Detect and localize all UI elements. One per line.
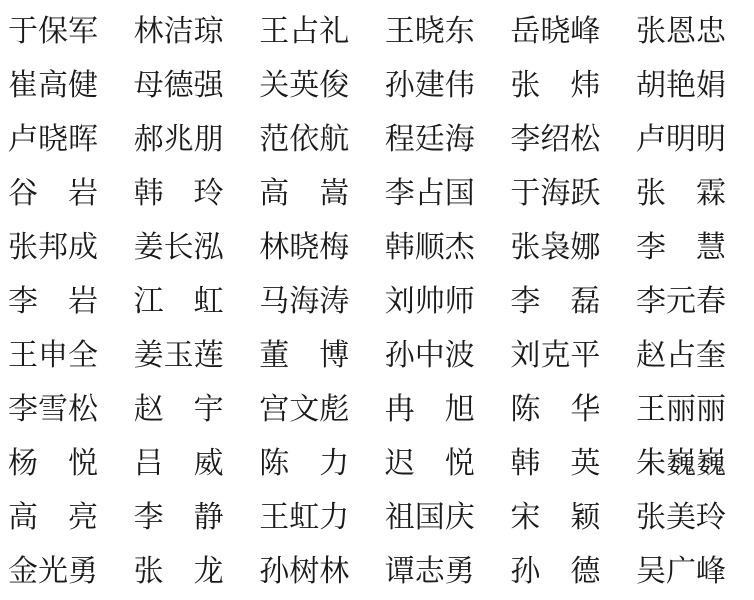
name-character: 邦: [38, 233, 68, 263]
name-cell: 孙建伟: [385, 71, 475, 101]
name-character: 礼: [319, 17, 349, 47]
name-character: 袅: [540, 233, 570, 263]
name-character: 张: [8, 233, 38, 263]
name-character: 恩: [666, 17, 696, 47]
name-character: 高: [38, 71, 68, 101]
name-character: 勇: [445, 557, 475, 587]
name-character: 龙: [194, 557, 224, 587]
name-character: 朋: [194, 125, 224, 155]
name-cell: 赵占奎: [636, 341, 726, 371]
name-cell: 母德强: [134, 71, 224, 101]
name-character: 志: [415, 557, 445, 587]
name-character: 广: [666, 557, 696, 587]
name-character: 李: [636, 287, 666, 317]
name-character: 艳: [666, 71, 696, 101]
name-character: 庆: [445, 503, 475, 533]
name-cell: 李岩: [8, 287, 98, 317]
name-character: 力: [319, 449, 349, 479]
name-character: 于: [510, 179, 540, 209]
name-character: 张: [134, 557, 164, 587]
name-cell: 王申全: [8, 341, 98, 371]
name-cell: 李雪松: [8, 395, 98, 425]
name-character: 晓: [540, 17, 570, 47]
name-character: 春: [696, 287, 726, 317]
name-character: 静: [194, 503, 224, 533]
name-cell: 王虹力: [259, 503, 349, 533]
name-character: 健: [68, 71, 98, 101]
name-cell: 祖国庆: [385, 503, 475, 533]
name-character: 张: [636, 179, 666, 209]
name-character: 晓: [415, 17, 445, 47]
name-cell: 李磊: [510, 287, 600, 317]
name-character: 跃: [570, 179, 600, 209]
name-cell: 程廷海: [385, 125, 475, 155]
name-character: 波: [445, 341, 475, 371]
name-cell: 陈华: [510, 395, 600, 425]
name-cell: 吴广峰: [636, 557, 726, 587]
name-character: 韩: [510, 449, 540, 479]
name-row: 崔高健母德强关英俊孙建伟张炜胡艳娟: [8, 59, 726, 113]
name-character: 娟: [696, 71, 726, 101]
name-character: 林: [319, 557, 349, 587]
name-character: 洁: [164, 17, 194, 47]
name-cell: 林洁琼: [134, 17, 224, 47]
name-cell: 孙树林: [259, 557, 349, 587]
name-character: 华: [570, 395, 600, 425]
name-character: 梅: [319, 233, 349, 263]
name-character: 韩: [385, 233, 415, 263]
name-character: 峰: [570, 17, 600, 47]
name-cell: 卢明明: [636, 125, 726, 155]
name-character: 卢: [636, 125, 666, 155]
name-character: 崔: [8, 71, 38, 101]
name-cell: 张霖: [636, 179, 726, 209]
name-character: 赵: [636, 341, 666, 371]
name-character: 琼: [194, 17, 224, 47]
name-character: 旭: [445, 395, 475, 425]
name-character: 马: [259, 287, 289, 317]
name-character: 高: [259, 179, 289, 209]
name-character: 杰: [445, 233, 475, 263]
name-character: 母: [134, 71, 164, 101]
name-character: 刘: [510, 341, 540, 371]
name-character: 李: [134, 503, 164, 533]
name-character: 慧: [696, 233, 726, 263]
name-character: 王: [8, 341, 38, 371]
name-character: 张: [636, 17, 666, 47]
name-character: 虹: [289, 503, 319, 533]
name-character: 冉: [385, 395, 415, 425]
name-row: 李岩江虹马海涛刘帅师李磊李元春: [8, 275, 726, 329]
name-character: 平: [570, 341, 600, 371]
name-cell: 范依航: [259, 125, 349, 155]
name-cell: 郝兆朋: [134, 125, 224, 155]
name-cell: 韩顺杰: [385, 233, 475, 263]
name-character: 姜: [134, 341, 164, 371]
name-character: 李: [510, 125, 540, 155]
name-row: 王申全姜玉莲董博孙中波刘克平赵占奎: [8, 329, 726, 383]
name-row: 于保军林洁琼王占礼王晓东岳晓峰张恩忠: [8, 5, 726, 59]
name-character: 悦: [445, 449, 475, 479]
name-character: 晓: [289, 233, 319, 263]
name-character: 建: [415, 71, 445, 101]
name-character: 帅: [415, 287, 445, 317]
name-character: 杨: [8, 449, 38, 479]
name-cell: 孙德: [510, 557, 600, 587]
name-cell: 岳晓峰: [510, 17, 600, 47]
name-character: 松: [68, 395, 98, 425]
name-character: 吕: [134, 449, 164, 479]
name-cell: 韩英: [510, 449, 600, 479]
name-character: 国: [445, 179, 475, 209]
name-cell: 王占礼: [259, 17, 349, 47]
name-cell: 李慧: [636, 233, 726, 263]
name-character: 林: [259, 233, 289, 263]
name-character: 涛: [319, 287, 349, 317]
name-cell: 张邦成: [8, 233, 98, 263]
name-character: 迟: [385, 449, 415, 479]
name-cell: 林晓梅: [259, 233, 349, 263]
name-cell: 谷岩: [8, 179, 98, 209]
name-cell: 冉旭: [385, 395, 475, 425]
name-character: 程: [385, 125, 415, 155]
name-row: 卢晓晖郝兆朋范依航程廷海李绍松卢明明: [8, 113, 726, 167]
name-character: 李: [636, 233, 666, 263]
name-character: 伟: [445, 71, 475, 101]
name-cell: 张恩忠: [636, 17, 726, 47]
name-character: 海: [540, 179, 570, 209]
name-character: 泓: [194, 233, 224, 263]
name-character: 孙: [385, 71, 415, 101]
name-character: 张: [510, 233, 540, 263]
name-character: 炜: [570, 71, 600, 101]
name-cell: 董博: [259, 341, 349, 371]
name-character: 军: [68, 17, 98, 47]
name-character: 成: [68, 233, 98, 263]
name-character: 祖: [385, 503, 415, 533]
name-character: 丽: [666, 395, 696, 425]
name-character: 晖: [68, 125, 98, 155]
name-character: 占: [666, 341, 696, 371]
name-cell: 姜玉莲: [134, 341, 224, 371]
name-row: 李雪松赵宇宫文彪冉旭陈华王丽丽: [8, 383, 726, 437]
name-cell: 宫文彪: [259, 395, 349, 425]
name-character: 李: [510, 287, 540, 317]
name-character: 亮: [68, 503, 98, 533]
name-character: 中: [415, 341, 445, 371]
name-cell: 杨悦: [8, 449, 98, 479]
name-character: 长: [164, 233, 194, 263]
name-character: 高: [8, 503, 38, 533]
name-character: 奎: [696, 341, 726, 371]
name-cell: 于海跃: [510, 179, 600, 209]
name-row: 高亮李静王虹力祖国庆宋颖张美玲: [8, 491, 726, 545]
name-cell: 卢晓晖: [8, 125, 98, 155]
name-character: 德: [164, 71, 194, 101]
name-cell: 高亮: [8, 503, 98, 533]
name-character: 岳: [510, 17, 540, 47]
name-character: 宇: [194, 395, 224, 425]
name-cell: 关英俊: [259, 71, 349, 101]
name-character: 海: [289, 287, 319, 317]
name-character: 师: [445, 287, 475, 317]
name-character: 文: [289, 395, 319, 425]
name-character: 晓: [38, 125, 68, 155]
name-character: 克: [540, 341, 570, 371]
name-character: 孙: [385, 341, 415, 371]
name-character: 董: [259, 341, 289, 371]
name-character: 申: [38, 341, 68, 371]
name-character: 松: [570, 125, 600, 155]
name-character: 莲: [194, 341, 224, 371]
name-cell: 江虹: [134, 287, 224, 317]
name-character: 王: [259, 17, 289, 47]
name-cell: 赵宇: [134, 395, 224, 425]
name-character: 玲: [194, 179, 224, 209]
name-character: 赵: [134, 395, 164, 425]
name-character: 宋: [510, 503, 540, 533]
name-character: 陈: [259, 449, 289, 479]
name-character: 宫: [259, 395, 289, 425]
name-cell: 李占国: [385, 179, 475, 209]
name-character: 玉: [164, 341, 194, 371]
name-character: 美: [666, 503, 696, 533]
name-cell: 张龙: [134, 557, 224, 587]
name-character: 依: [289, 125, 319, 155]
name-character: 朱: [636, 449, 666, 479]
name-character: 姜: [134, 233, 164, 263]
name-character: 李: [8, 287, 38, 317]
name-character: 德: [570, 557, 600, 587]
name-cell: 刘帅师: [385, 287, 475, 317]
name-character: 占: [289, 17, 319, 47]
name-character: 顺: [415, 233, 445, 263]
name-row: 金光勇张龙孙树林谭志勇孙德吴广峰: [8, 545, 726, 599]
name-character: 张: [510, 71, 540, 101]
name-character: 谭: [385, 557, 415, 587]
name-character: 强: [194, 71, 224, 101]
name-character: 元: [666, 287, 696, 317]
name-character: 金: [8, 557, 38, 587]
name-character: 郝: [134, 125, 164, 155]
name-cell: 王晓东: [385, 17, 475, 47]
name-character: 巍: [666, 449, 696, 479]
name-character: 李: [385, 179, 415, 209]
name-character: 玲: [696, 503, 726, 533]
name-character: 陈: [510, 395, 540, 425]
name-character: 谷: [8, 179, 38, 209]
name-cell: 王丽丽: [636, 395, 726, 425]
name-character: 东: [445, 17, 475, 47]
name-character: 树: [289, 557, 319, 587]
name-character: 胡: [636, 71, 666, 101]
name-character: 海: [445, 125, 475, 155]
name-character: 兆: [164, 125, 194, 155]
name-character: 峰: [696, 557, 726, 587]
name-character: 孙: [510, 557, 540, 587]
name-character: 威: [194, 449, 224, 479]
name-character: 霖: [696, 179, 726, 209]
name-character: 于: [8, 17, 38, 47]
name-character: 林: [134, 17, 164, 47]
name-cell: 孙中波: [385, 341, 475, 371]
name-character: 颖: [570, 503, 600, 533]
name-character: 航: [319, 125, 349, 155]
name-character: 彪: [319, 395, 349, 425]
name-character: 博: [319, 341, 349, 371]
name-character: 明: [696, 125, 726, 155]
name-character: 刘: [385, 287, 415, 317]
name-character: 娜: [570, 233, 600, 263]
name-character: 廷: [415, 125, 445, 155]
name-cell: 宋颖: [510, 503, 600, 533]
name-cell: 朱巍巍: [636, 449, 726, 479]
name-character: 韩: [134, 179, 164, 209]
name-cell: 马海涛: [259, 287, 349, 317]
name-character: 巍: [696, 449, 726, 479]
name-character: 光: [38, 557, 68, 587]
name-character: 关: [259, 71, 289, 101]
name-character: 绍: [540, 125, 570, 155]
name-character: 保: [38, 17, 68, 47]
name-character: 岩: [68, 287, 98, 317]
name-character: 明: [666, 125, 696, 155]
name-character: 忠: [696, 17, 726, 47]
name-row: 杨悦吕威陈力迟悦韩英朱巍巍: [8, 437, 726, 491]
name-character: 江: [134, 287, 164, 317]
name-character: 勇: [68, 557, 98, 587]
name-character: 俊: [319, 71, 349, 101]
name-character: 王: [385, 17, 415, 47]
name-character: 英: [289, 71, 319, 101]
name-character: 占: [415, 179, 445, 209]
name-cell: 李元春: [636, 287, 726, 317]
name-cell: 张袅娜: [510, 233, 600, 263]
name-character: 国: [415, 503, 445, 533]
name-character: 嵩: [319, 179, 349, 209]
name-cell: 吕威: [134, 449, 224, 479]
name-character: 李: [8, 395, 38, 425]
name-cell: 金光勇: [8, 557, 98, 587]
name-cell: 韩玲: [134, 179, 224, 209]
name-grid: 于保军林洁琼王占礼王晓东岳晓峰张恩忠崔高健母德强关英俊孙建伟张炜胡艳娟卢晓晖郝兆…: [0, 0, 754, 600]
name-cell: 陈力: [259, 449, 349, 479]
name-character: 磊: [570, 287, 600, 317]
name-cell: 胡艳娟: [636, 71, 726, 101]
name-character: 孙: [259, 557, 289, 587]
name-cell: 谭志勇: [385, 557, 475, 587]
name-cell: 迟悦: [385, 449, 475, 479]
name-character: 吴: [636, 557, 666, 587]
name-character: 岩: [68, 179, 98, 209]
name-row: 张邦成姜长泓林晓梅韩顺杰张袅娜李慧: [8, 221, 726, 275]
name-character: 范: [259, 125, 289, 155]
name-cell: 张炜: [510, 71, 600, 101]
name-cell: 李静: [134, 503, 224, 533]
name-cell: 于保军: [8, 17, 98, 47]
name-character: 全: [68, 341, 98, 371]
name-character: 卢: [8, 125, 38, 155]
name-cell: 张美玲: [636, 503, 726, 533]
name-character: 英: [570, 449, 600, 479]
name-cell: 姜长泓: [134, 233, 224, 263]
name-character: 雪: [38, 395, 68, 425]
name-character: 悦: [68, 449, 98, 479]
name-cell: 刘克平: [510, 341, 600, 371]
name-character: 丽: [696, 395, 726, 425]
name-row: 谷岩韩玲高嵩李占国于海跃张霖: [8, 167, 726, 221]
name-cell: 崔高健: [8, 71, 98, 101]
name-cell: 李绍松: [510, 125, 600, 155]
name-cell: 高嵩: [259, 179, 349, 209]
name-character: 王: [259, 503, 289, 533]
name-character: 虹: [194, 287, 224, 317]
name-character: 张: [636, 503, 666, 533]
name-character: 王: [636, 395, 666, 425]
name-character: 力: [319, 503, 349, 533]
